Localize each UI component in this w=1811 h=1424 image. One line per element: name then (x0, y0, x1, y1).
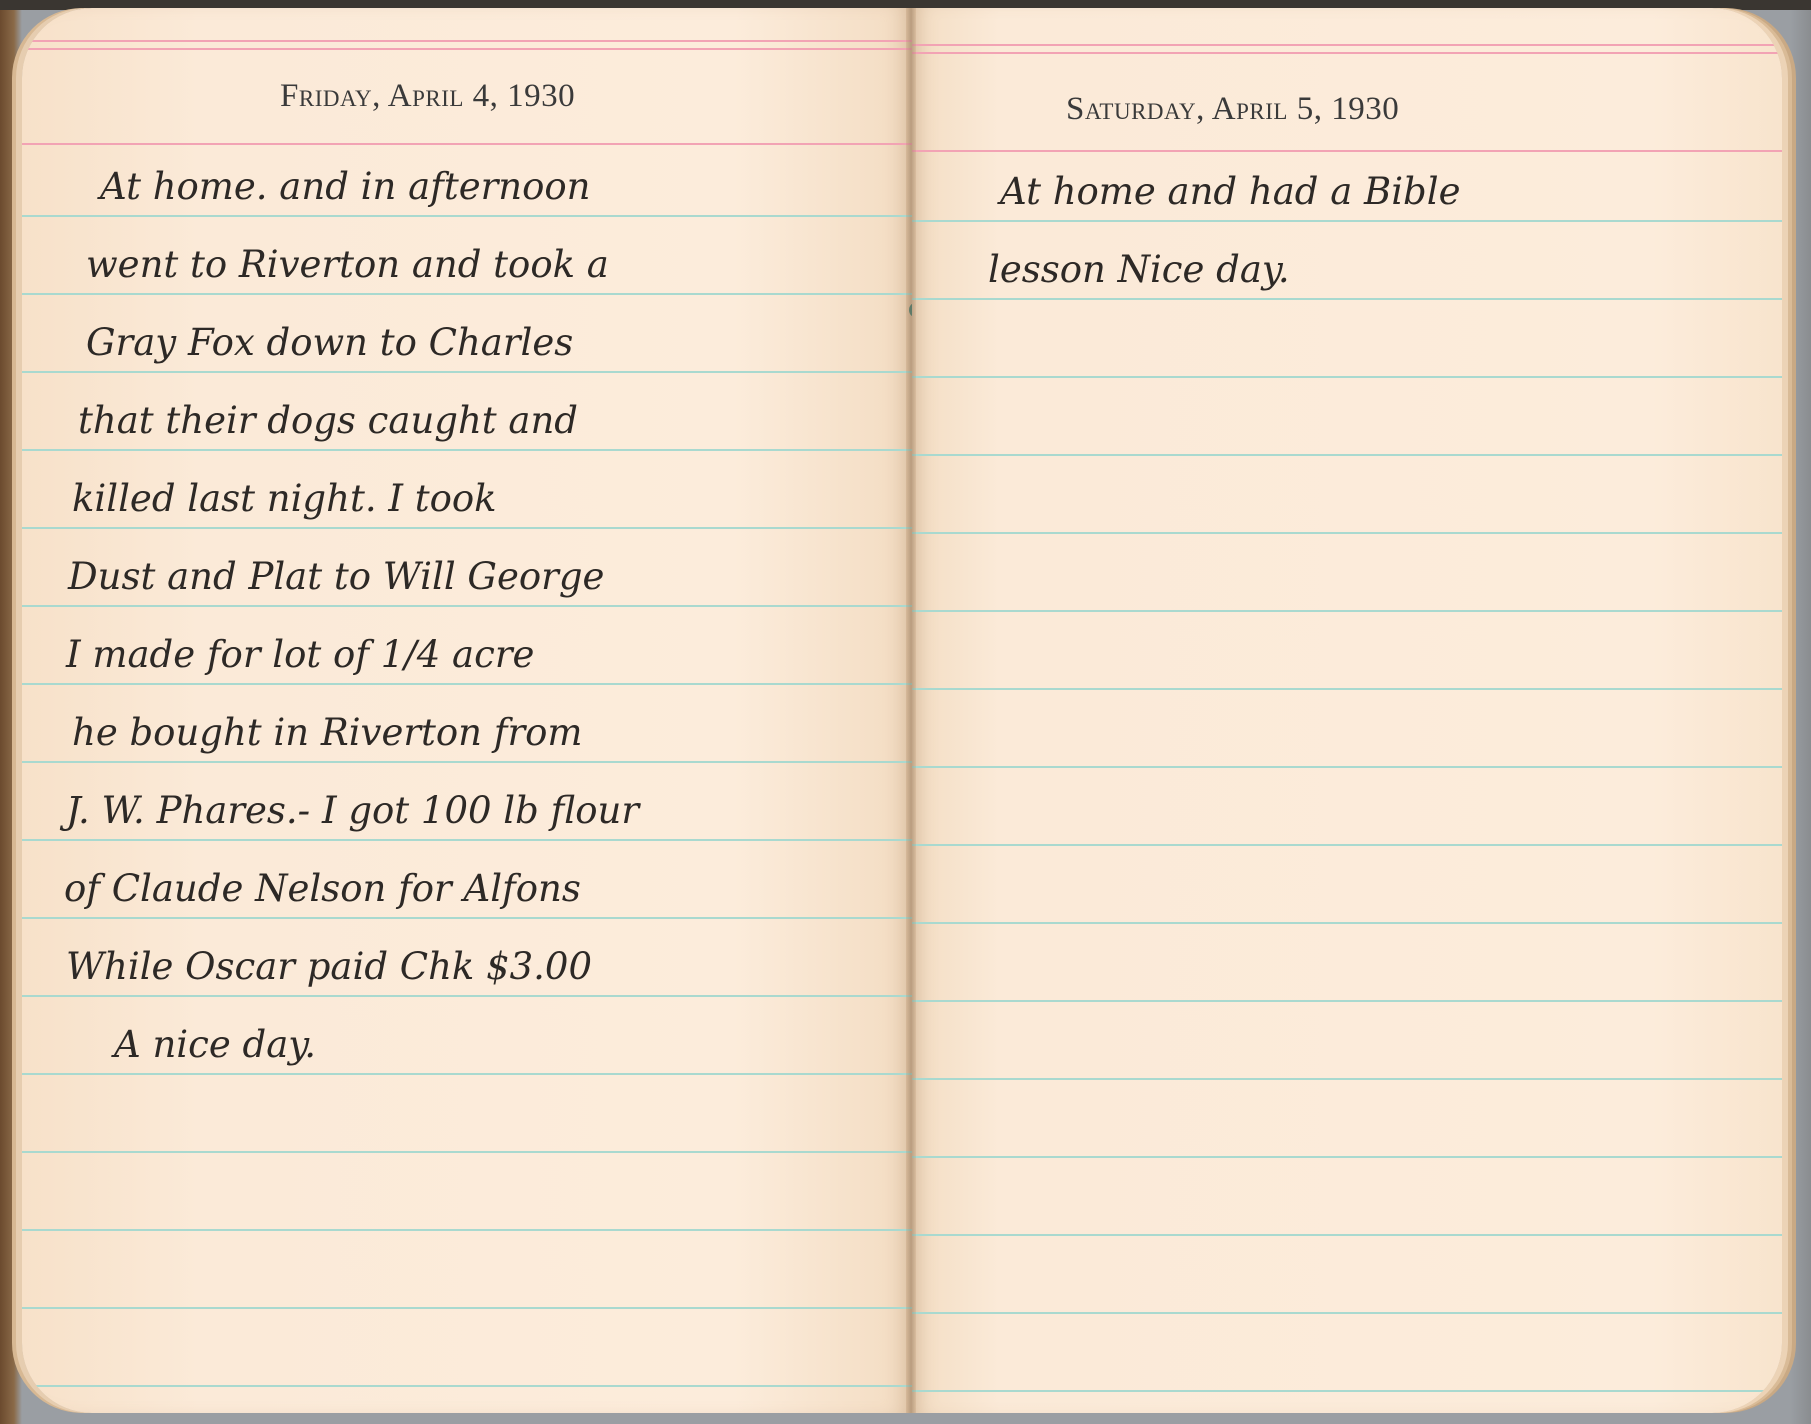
line-rule (22, 1151, 912, 1153)
left-page-entry: At home. and in afternoon went to Rivert… (22, 148, 912, 1084)
top-double-rule-2 (22, 48, 912, 50)
right-page-entry: At home and had a Bible lesson Nice day. (912, 153, 1782, 309)
left-page: Friday, April 4, 1930 At home. and in af… (22, 8, 912, 1413)
right-page-date-header: Saturday, April 5, 1930 (1066, 91, 1399, 128)
line-rule (912, 1078, 1782, 1080)
line-rule (22, 1385, 912, 1387)
line-rule (912, 532, 1782, 534)
line-rule (912, 1390, 1782, 1392)
line-rule (912, 610, 1782, 612)
line-rule (912, 766, 1782, 768)
line-rule (912, 1312, 1782, 1314)
entry-line: he bought in Riverton from (22, 694, 912, 772)
entry-line: that their dogs caught and (22, 382, 912, 460)
entry-line: J. W. Phares.- I got 100 lb flour (22, 772, 912, 850)
line-rule (912, 376, 1782, 378)
line-rule (912, 844, 1782, 846)
top-double-rule-2 (912, 52, 1782, 54)
entry-line: of Claude Nelson for Alfons (22, 850, 912, 928)
entry-line: A nice day. (22, 1006, 912, 1084)
header-rule (912, 150, 1782, 152)
line-rule (912, 1234, 1782, 1236)
line-rule (22, 1307, 912, 1309)
book-spine (906, 8, 916, 1413)
line-rule (912, 1000, 1782, 1002)
entry-line: Gray Fox down to Charles (22, 304, 912, 382)
entry-line: While Oscar paid Chk $3.00 (22, 928, 912, 1006)
entry-line: At home and had a Bible (912, 153, 1782, 231)
right-page: Saturday, April 5, 1930 At home and had … (912, 8, 1782, 1413)
header-rule (22, 143, 912, 145)
entry-line: I made for lot of 1/4 acre (22, 616, 912, 694)
line-rule (912, 1156, 1782, 1158)
line-rule (912, 688, 1782, 690)
top-double-rule-1 (22, 40, 912, 42)
entry-line: went to Riverton and took a (22, 226, 912, 304)
top-double-rule-1 (912, 44, 1782, 46)
left-page-date-header: Friday, April 4, 1930 (280, 78, 575, 115)
entry-line: lesson Nice day. (912, 231, 1782, 309)
entry-line: Dust and Plat to Will George (22, 538, 912, 616)
entry-line: killed last night. I took (22, 460, 912, 538)
line-rule (22, 1229, 912, 1231)
entry-line: At home. and in afternoon (22, 148, 912, 226)
line-rule (912, 922, 1782, 924)
line-rule (912, 454, 1782, 456)
